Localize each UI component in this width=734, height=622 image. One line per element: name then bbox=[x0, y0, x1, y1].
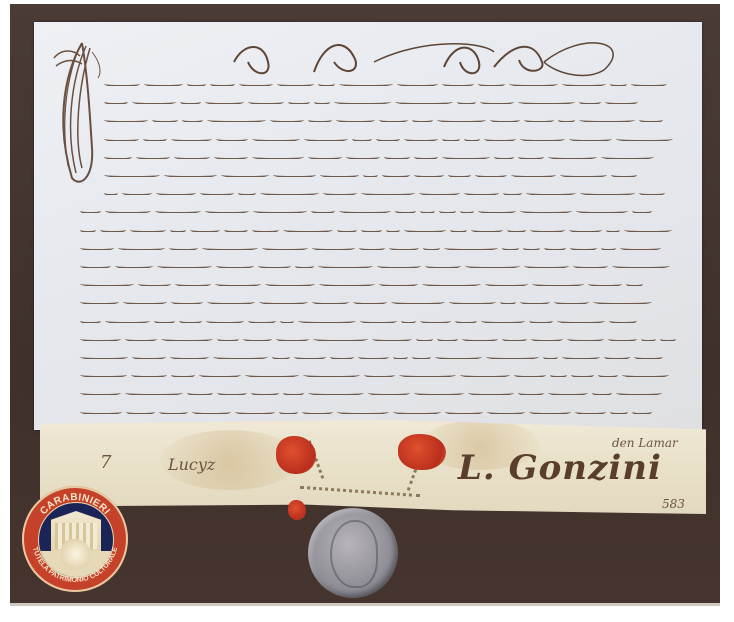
badge-top-text: CARABINIERI bbox=[38, 492, 112, 517]
badge-text-ring: CARABINIERI TUTELA PATRIMONIO CULTURALE bbox=[22, 486, 128, 592]
red-wax-seal-left bbox=[276, 436, 316, 474]
text-line bbox=[80, 309, 680, 323]
svg-text:CARABINIERI: CARABINIERI bbox=[38, 492, 112, 517]
text-line bbox=[104, 72, 680, 86]
frame-bottom-edge bbox=[10, 603, 720, 606]
lead-bulla-seal bbox=[308, 508, 398, 598]
archive-number: 583 bbox=[662, 497, 685, 511]
bulla-portrait-icon bbox=[330, 520, 378, 588]
plica-signature-left: Lucyz bbox=[168, 455, 215, 474]
illuminated-initial-icon bbox=[52, 38, 104, 188]
text-line bbox=[104, 108, 680, 122]
svg-text:TUTELA PATRIMONIO CULTURALE: TUTELA PATRIMONIO CULTURALE bbox=[31, 546, 119, 584]
text-line bbox=[104, 163, 680, 177]
text-line bbox=[80, 254, 680, 268]
text-line bbox=[104, 181, 680, 195]
text-line bbox=[80, 290, 680, 304]
text-line bbox=[80, 381, 680, 395]
text-line bbox=[80, 236, 680, 250]
monogram-signature: L. Gonzini bbox=[458, 448, 662, 488]
text-line bbox=[80, 345, 680, 359]
text-line bbox=[80, 327, 680, 341]
red-wax-seal-right bbox=[398, 434, 446, 470]
left-mark: 7 bbox=[100, 452, 111, 473]
text-line bbox=[104, 90, 680, 104]
text-line bbox=[80, 400, 680, 414]
text-line bbox=[80, 363, 680, 377]
text-line bbox=[104, 145, 680, 159]
text-line bbox=[80, 199, 680, 213]
text-line bbox=[80, 272, 680, 286]
badge-bottom-text: TUTELA PATRIMONIO CULTURALE bbox=[31, 546, 119, 584]
text-line bbox=[104, 127, 680, 141]
red-wax-fragment bbox=[288, 500, 306, 520]
carabinieri-badge: CARABINIERI TUTELA PATRIMONIO CULTURALE bbox=[22, 486, 128, 592]
text-line bbox=[80, 218, 680, 232]
